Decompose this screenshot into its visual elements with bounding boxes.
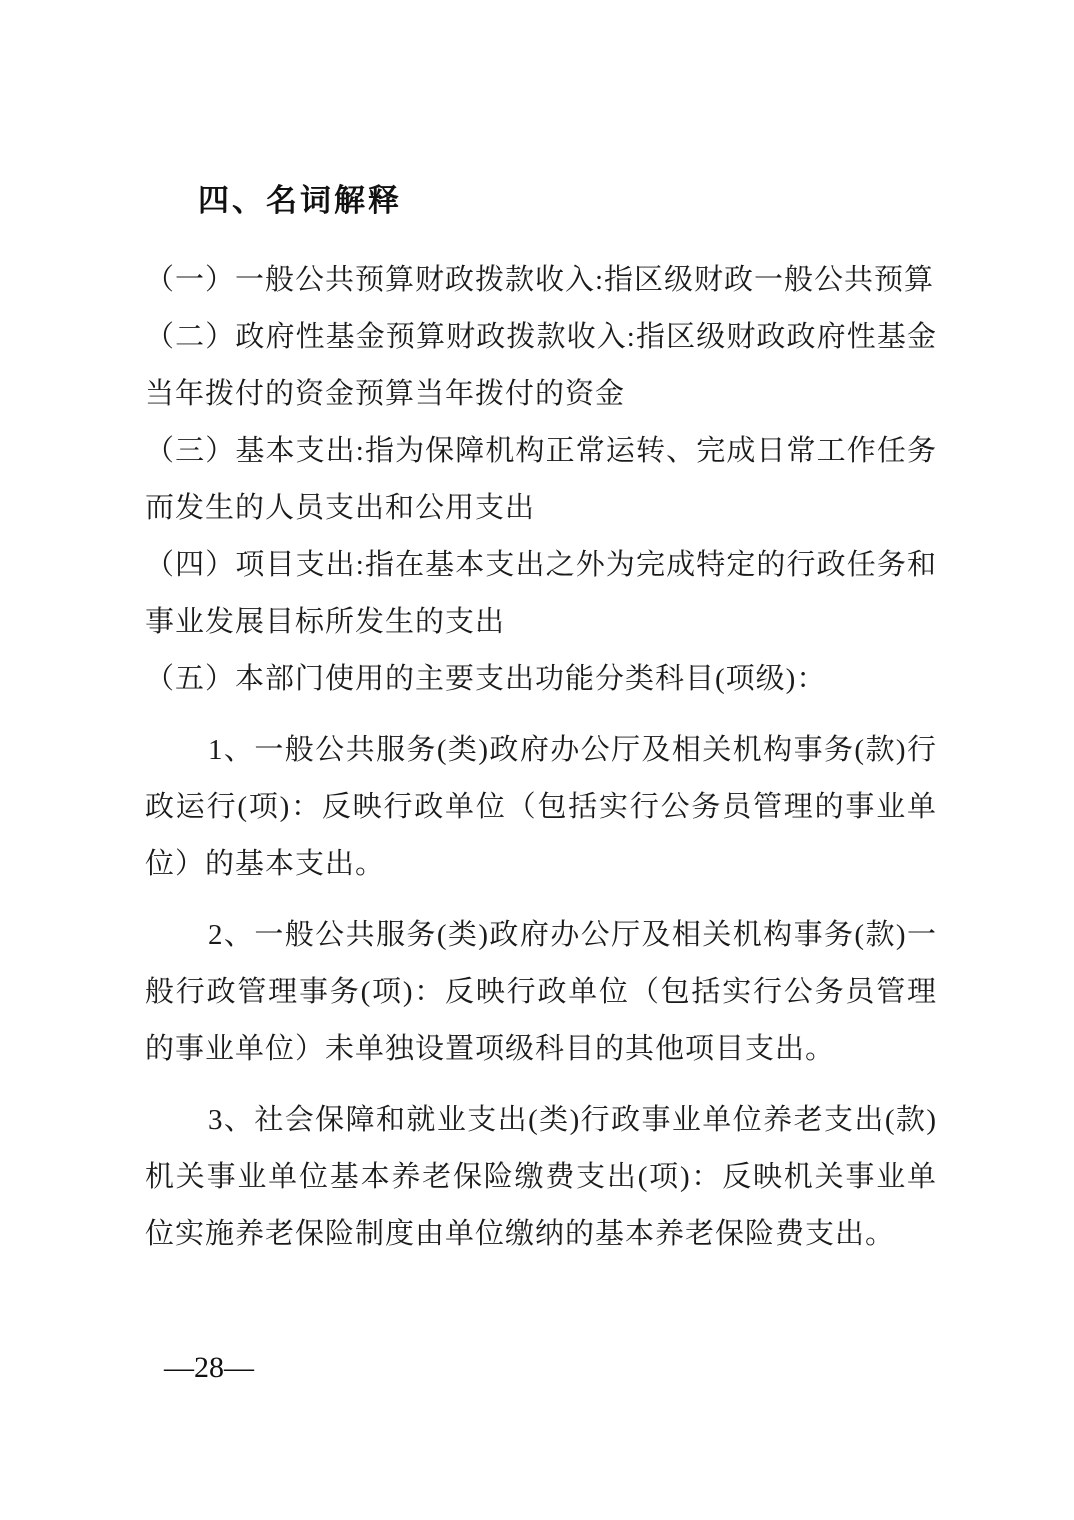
- clause-paragraph-3: 3、社会保障和就业支出(类)行政事业单位养老支出(款)机关事业单位基本养老保险缴…: [145, 1092, 937, 1263]
- definition-paragraph-2: （二）政府性基金预算财政拨款收入:指区级财政政府性基金当年拨付的资金预算当年拨付…: [145, 309, 937, 423]
- document-body: 四、名词解释 （一）一般公共预算财政拨款收入:指区级财政一般公共预算 （二）政府…: [145, 183, 937, 1263]
- definition-paragraph-4: （四）项目支出:指在基本支出之外为完成特定的行政任务和事业发展目标所发生的支出: [145, 537, 937, 651]
- definition-paragraph-5: （五）本部门使用的主要支出功能分类科目(项级)：: [145, 651, 937, 708]
- definition-paragraph-1: （一）一般公共预算财政拨款收入:指区级财政一般公共预算: [145, 252, 937, 309]
- document-page: 四、名词解释 （一）一般公共预算财政拨款收入:指区级财政一般公共预算 （二）政府…: [0, 0, 1074, 1520]
- clause-paragraph-1: 1、一般公共服务(类)政府办公厅及相关机构事务(款)行政运行(项)：反映行政单位…: [145, 722, 937, 893]
- definition-paragraph-3: （三）基本支出:指为保障机构正常运转、完成日常工作任务而发生的人员支出和公用支出: [145, 423, 937, 537]
- clause-paragraph-2: 2、一般公共服务(类)政府办公厅及相关机构事务(款)一般行政管理事务(项)：反映…: [145, 907, 937, 1078]
- page-number: —28—: [164, 1352, 254, 1384]
- clauses-block: 1、一般公共服务(类)政府办公厅及相关机构事务(款)行政运行(项)：反映行政单位…: [145, 722, 937, 1263]
- section-title: 四、名词解释: [198, 183, 937, 218]
- definitions-block: （一）一般公共预算财政拨款收入:指区级财政一般公共预算 （二）政府性基金预算财政…: [145, 252, 937, 708]
